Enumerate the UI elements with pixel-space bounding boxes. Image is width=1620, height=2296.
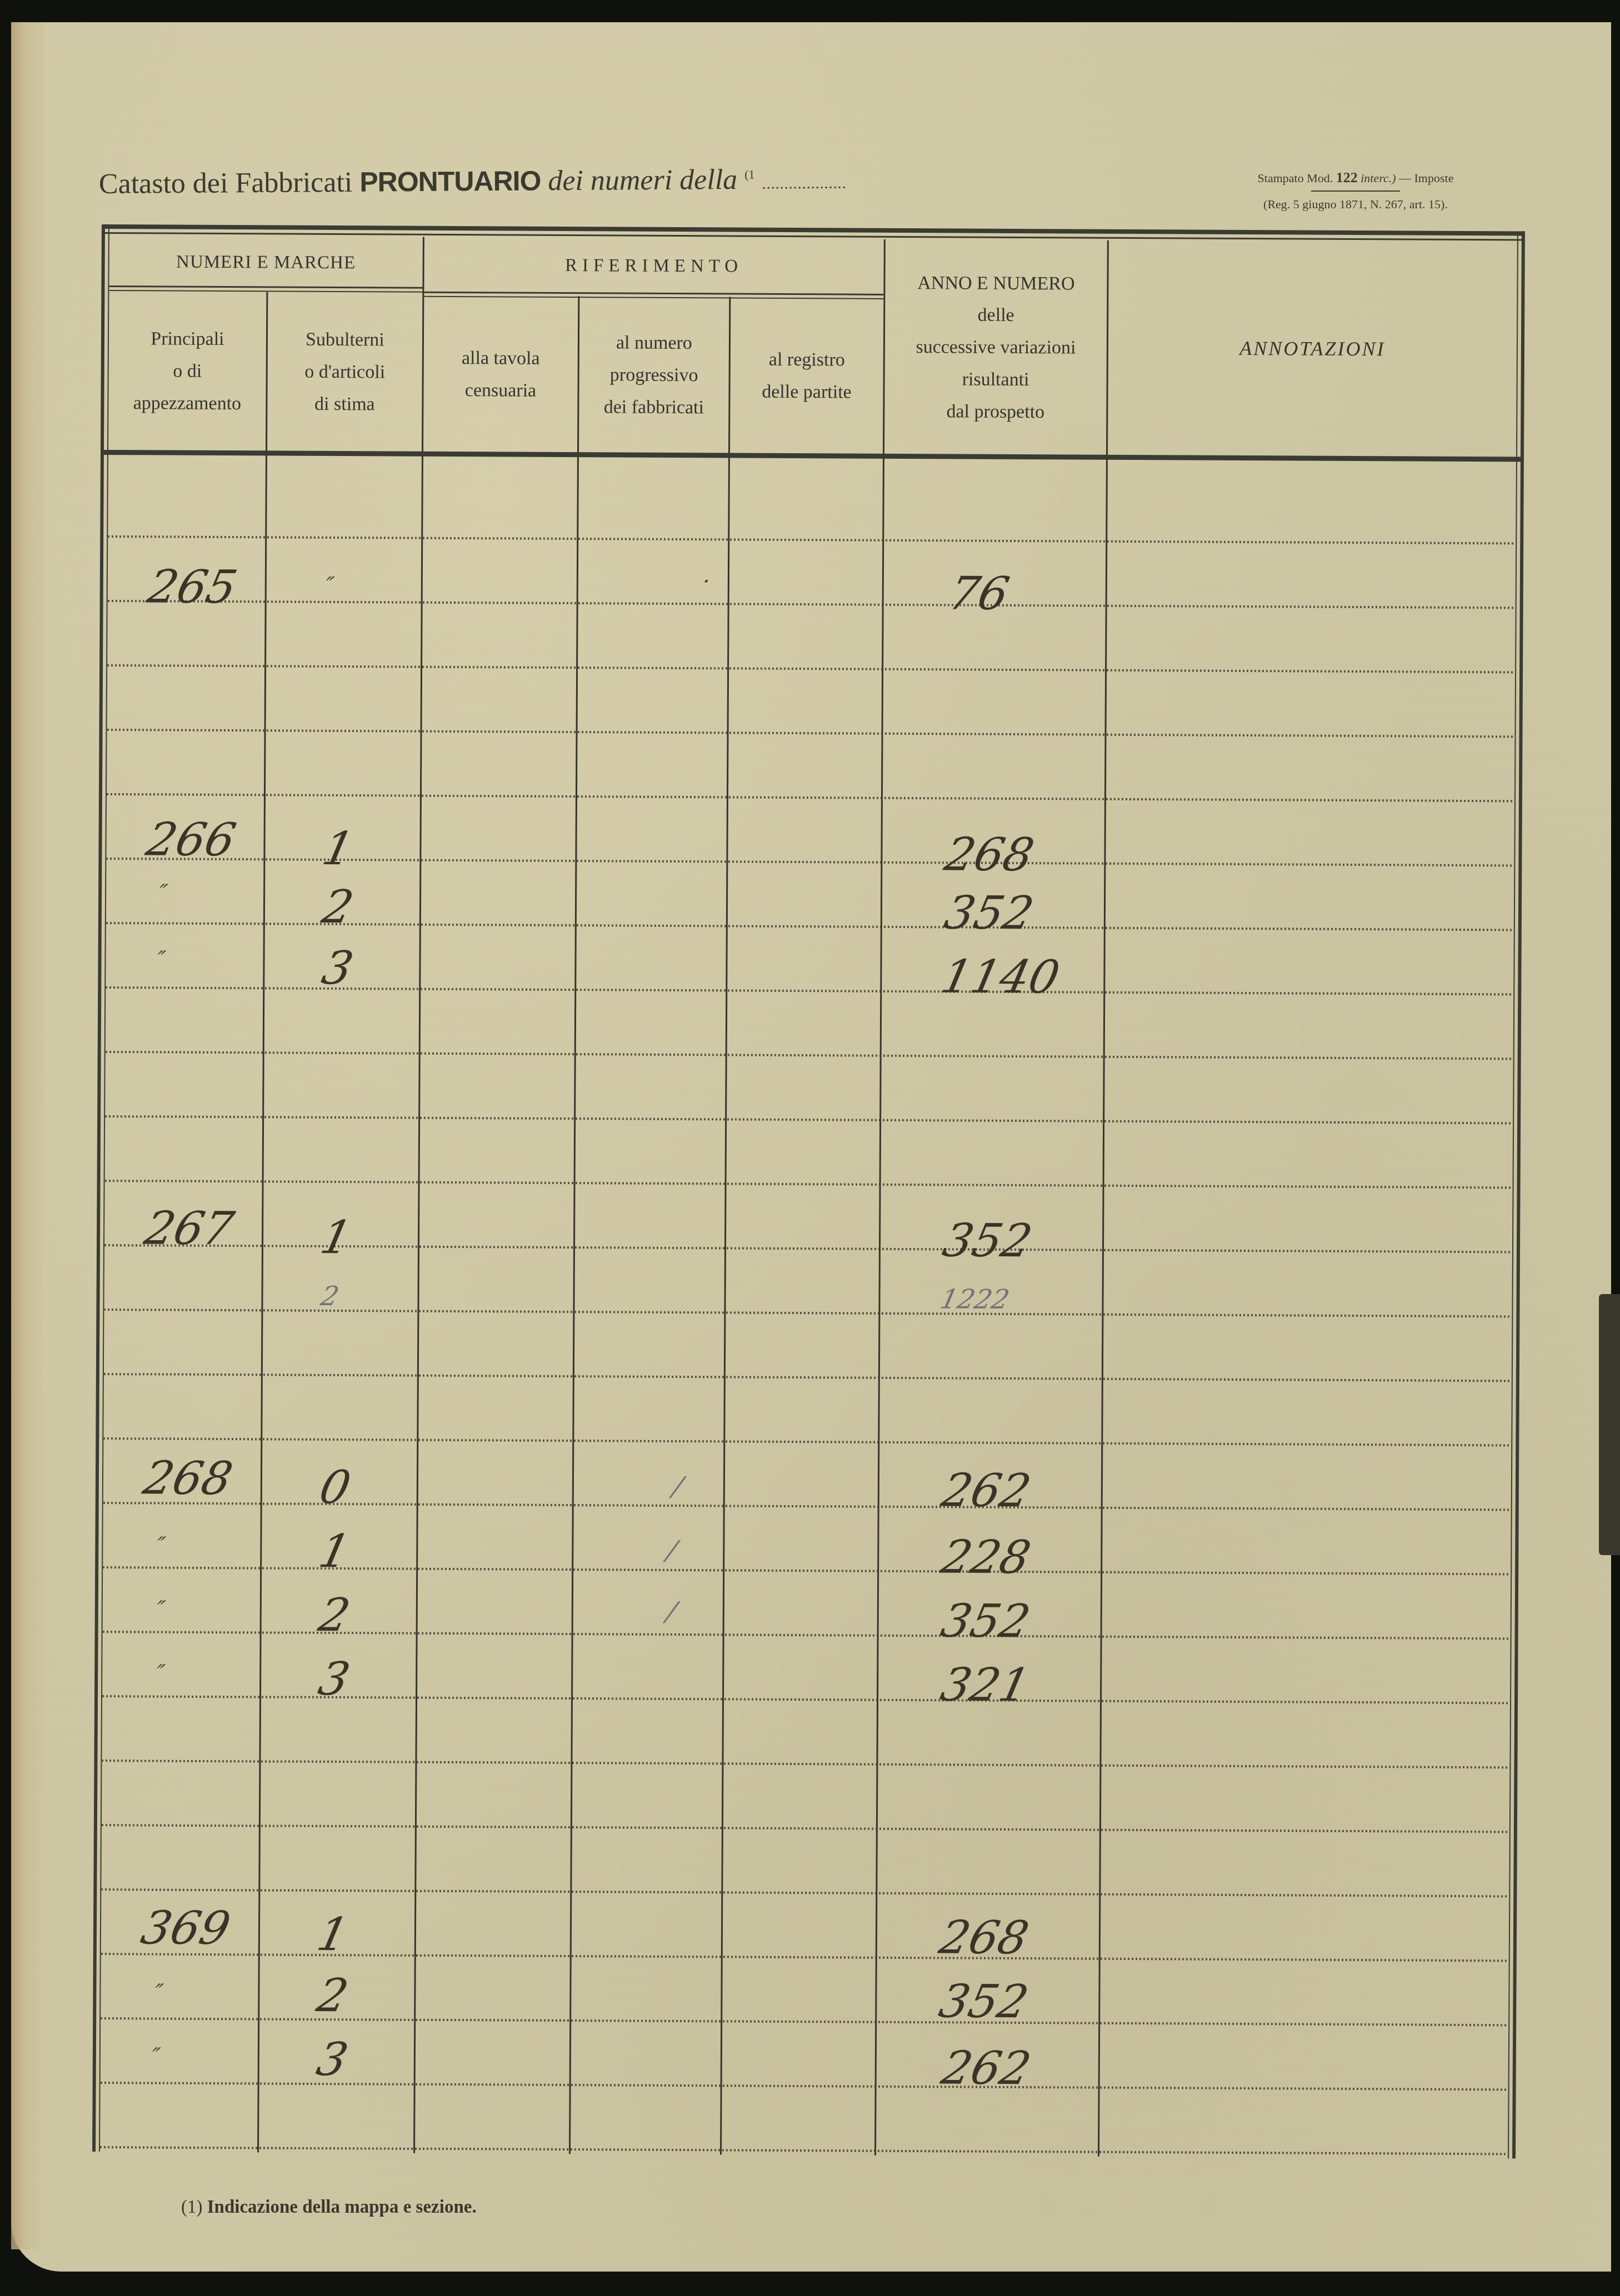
header-line: di stima xyxy=(314,388,375,420)
row-line xyxy=(104,1309,1512,1317)
entry-subalterno: 1 xyxy=(314,1525,355,1578)
entry-progressivo: / xyxy=(670,1471,686,1502)
row-line xyxy=(106,922,1514,931)
entry-principale: ″ xyxy=(154,947,168,972)
entry-variazione: 352 xyxy=(938,1214,1037,1267)
index-tab xyxy=(1599,1294,1620,1555)
entry-subalterno: 2 xyxy=(312,1969,353,2022)
header-line: al registro xyxy=(769,344,845,376)
entry-progressivo: · xyxy=(700,569,713,594)
row-line xyxy=(101,2082,1508,2091)
entry-progressivo: / xyxy=(664,1596,679,1627)
row-line xyxy=(108,535,1516,544)
entry-subalterno-pencil: 2 xyxy=(318,1281,342,1312)
col-divider xyxy=(874,239,886,2155)
row-line xyxy=(106,858,1514,866)
entry-variazione: 1140 xyxy=(937,950,1064,1004)
header-line: ANNO E NUMERO xyxy=(917,267,1075,300)
entry-variazione: 262 xyxy=(937,2042,1035,2095)
entry-principale: 266 xyxy=(142,813,240,866)
form-stamp: Stampato Mod. 122 interc.) — Imposte (Re… xyxy=(1194,169,1517,212)
entry-variazione: 352 xyxy=(934,1975,1033,2028)
header-line: delle xyxy=(978,299,1014,332)
col-divider xyxy=(413,237,424,2153)
entry-principale: ″ xyxy=(148,2043,162,2069)
entry-variazione: 268 xyxy=(935,1911,1033,1964)
entry-variazione: 268 xyxy=(940,828,1038,881)
entry-variazione: 352 xyxy=(940,886,1038,940)
stamp-model-number: 122 xyxy=(1336,169,1358,186)
header-line: risultanti xyxy=(962,363,1029,395)
entry-subalterno: 1 xyxy=(316,1211,357,1264)
row-line xyxy=(103,1502,1511,1511)
row-line xyxy=(104,1244,1512,1253)
entry-variazione-pencil: 1222 xyxy=(937,1284,1012,1315)
entry-variazione: 352 xyxy=(936,1595,1034,1648)
header-riferimento: RIFERIMENTO xyxy=(424,238,883,294)
entry-principale: 267 xyxy=(140,1202,238,1255)
header-line: dei fabbricati xyxy=(604,391,704,424)
row-line xyxy=(104,1373,1512,1382)
header-line: Principali xyxy=(151,323,224,355)
entry-principale: 369 xyxy=(137,1902,235,1955)
stamp-prefix: Stampato Mod. xyxy=(1258,171,1333,185)
footnote-marker: (1) xyxy=(181,2197,202,2217)
col-divider xyxy=(720,297,731,2155)
entry-subalterno: 1 xyxy=(313,1908,353,1961)
row-line xyxy=(102,1824,1509,1833)
register-table: NUMERI E MARCHE RIFERIMENTO Principali o… xyxy=(92,224,1525,2158)
row-line xyxy=(107,664,1515,673)
entry-variazione: 228 xyxy=(937,1531,1035,1584)
entry-subalterno: 0 xyxy=(315,1461,356,1514)
row-line xyxy=(107,729,1515,738)
header-principali: Principali o di appezzamento xyxy=(108,293,266,449)
col-divider xyxy=(257,292,268,2152)
entry-principale: ″ xyxy=(153,1661,167,1686)
entry-principale: ″ xyxy=(156,880,169,906)
row-line xyxy=(102,1695,1510,1704)
entry-principale: 268 xyxy=(139,1452,237,1505)
header-anno-e-numero: ANNO E NUMERO delle successive variazion… xyxy=(884,240,1107,455)
entry-progressivo: / xyxy=(664,1535,679,1566)
row-line xyxy=(103,1631,1511,1640)
header-registro-partite: al registro delle partite xyxy=(730,300,883,453)
header-line: delle partite xyxy=(762,376,852,409)
header-line: progressivo xyxy=(610,359,698,392)
col-divider xyxy=(569,296,579,2154)
entry-subalterno: 3 xyxy=(312,2033,353,2086)
title-blank: ................... xyxy=(762,175,847,193)
entry-principale: ″ xyxy=(151,1980,165,2006)
header-line: o d'articoli xyxy=(304,356,385,389)
title-bold: PRONTUARIO xyxy=(359,165,541,197)
entry-subalterno: 1 xyxy=(318,823,358,875)
row-line xyxy=(105,1180,1513,1189)
stamp-rule xyxy=(1311,191,1400,192)
row-line xyxy=(108,600,1516,609)
stamp-line-2: (Reg. 5 giugno 1871, N. 267, art. 15). xyxy=(1194,197,1517,212)
page-edge xyxy=(11,22,44,2249)
row-line xyxy=(106,1051,1513,1060)
header-line: successive variazioni xyxy=(916,331,1076,364)
header-numeri-e-marche: NUMERI E MARCHE xyxy=(109,237,422,288)
title-prefix: Catasto dei Fabbricati xyxy=(99,167,353,200)
header-line: o di xyxy=(173,355,202,388)
header-subalterni: Subulterni o d'articoli di stima xyxy=(267,294,422,450)
header-annotazioni: ANNOTAZIONI xyxy=(1108,242,1517,457)
header-line: Subulterni xyxy=(306,324,384,356)
entry-subalterno: 2 xyxy=(318,881,358,934)
stamp-line-1: Stampato Mod. 122 interc.) — Imposte xyxy=(1194,169,1517,186)
entry-subalterno: 3 xyxy=(317,942,358,995)
row-line xyxy=(103,1566,1511,1575)
header-tavola-censuaria: alla tavola censuaria xyxy=(423,298,578,451)
row-line xyxy=(102,1759,1509,1768)
entry-principale: 265 xyxy=(143,560,241,614)
entry-subalterno: ″ xyxy=(322,573,336,598)
entry-variazione: 262 xyxy=(937,1464,1036,1517)
title-footnote-ref: (1 xyxy=(744,167,755,181)
footnote: (1) Indicazione della mappa e sezione. xyxy=(181,2197,477,2218)
entry-variazione: 321 xyxy=(936,1658,1034,1712)
header-line: al numero xyxy=(616,327,692,359)
entry-principale: ″ xyxy=(153,1533,167,1558)
row-line xyxy=(107,793,1514,802)
row-line xyxy=(103,1437,1511,1446)
entry-variazione: 76 xyxy=(944,568,1013,620)
row-line xyxy=(101,1888,1509,1897)
stamp-suffix: — Imposte xyxy=(1399,171,1453,185)
row-line xyxy=(105,1115,1513,1124)
stamp-italic: interc.) xyxy=(1361,171,1396,185)
col-divider xyxy=(1098,240,1109,2157)
footnote-text: Indicazione della mappa e sezione. xyxy=(207,2197,477,2217)
page-title: Catasto dei Fabbricati PRONTUARIO dei nu… xyxy=(99,163,847,200)
header-line: censuaria xyxy=(465,374,537,407)
title-italic: dei numeri della xyxy=(548,164,737,197)
entry-principale: ″ xyxy=(153,1597,167,1622)
header-numero-progressivo: al numero progressivo dei fabbricati xyxy=(579,299,729,452)
header-line: alla tavola xyxy=(462,342,540,374)
header-line: dal prospetto xyxy=(946,395,1044,428)
header-line: appezzamento xyxy=(133,387,242,420)
